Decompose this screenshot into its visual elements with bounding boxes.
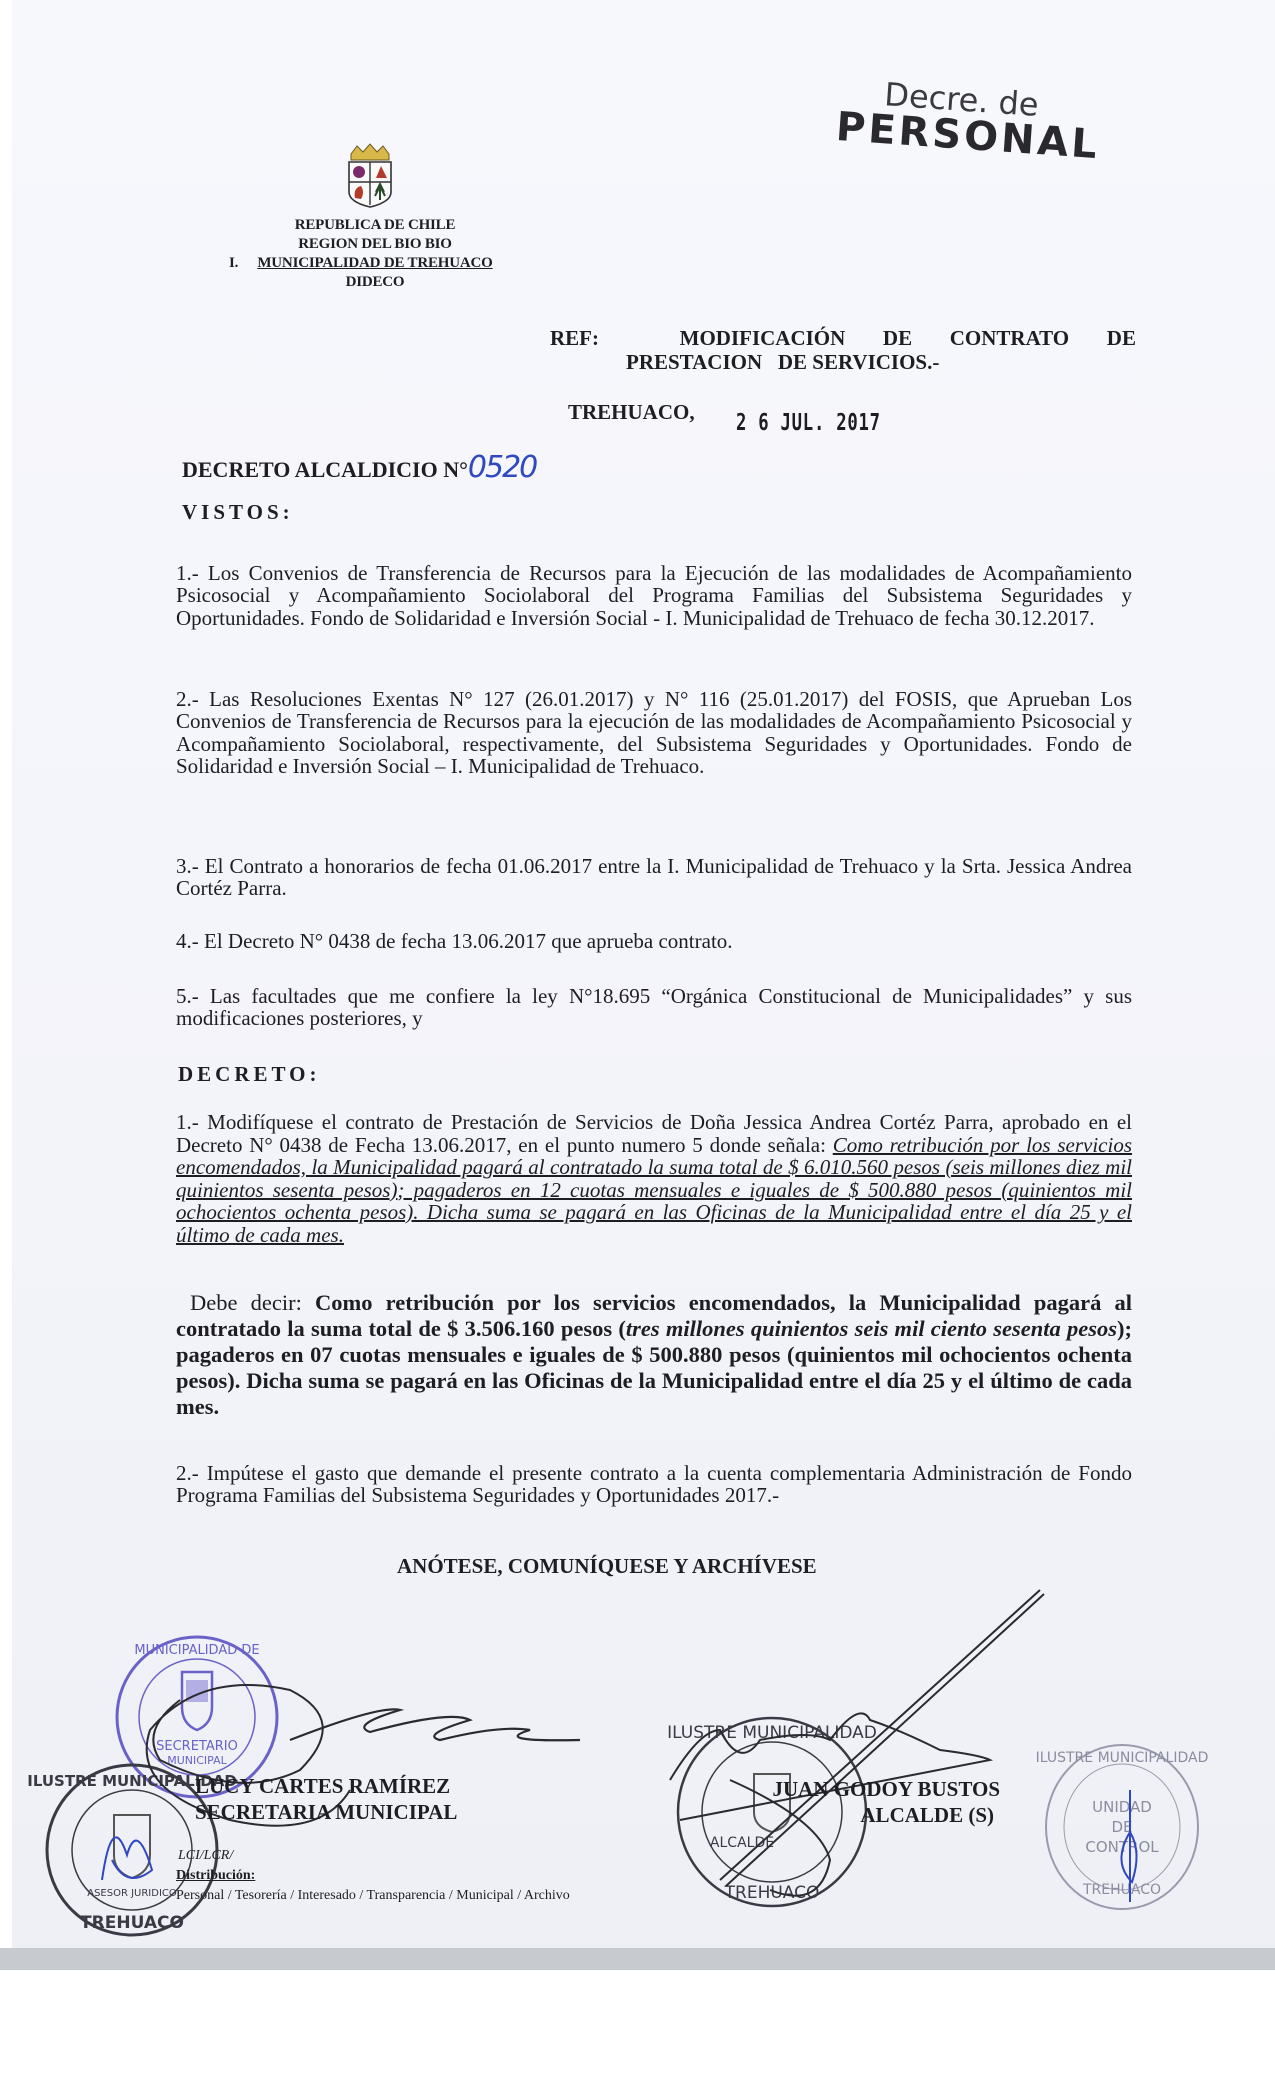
decree-number-handwritten: 0520 xyxy=(468,450,536,485)
distribution-list: Personal / Tesorería / Interesado / Tran… xyxy=(176,1888,570,1904)
closing-formula: ANÓTESE, COMUNÍQUESE Y ARCHÍVESE xyxy=(397,1554,817,1579)
vistos-item-1: 1.- Los Convenios de Transferencia de Re… xyxy=(176,562,1132,629)
decree-number-line: DECRETO ALCALDICIO N°0520 xyxy=(182,450,536,485)
distribution-label: Distribución: xyxy=(176,1868,255,1884)
signatory-alcalde: JUAN GODOY BUSTOS ALCALDE (S) xyxy=(700,1776,1000,1828)
debe-decir-clause: Debe decir: Como retribución por los ser… xyxy=(176,1290,1132,1420)
vistos-item-4: 4.- El Decreto N° 0438 de fecha 13.06.20… xyxy=(176,930,1132,952)
vistos-heading: VISTOS: xyxy=(182,500,294,525)
signatory-secretaria: LUCY CARTES RAMÍREZ SECRETARIA MUNICIPAL xyxy=(195,1773,457,1825)
decreto-item-1: 1.- Modifíquese el contrato de Prestació… xyxy=(176,1111,1132,1246)
place: TREHUACO, xyxy=(568,400,695,425)
initials: LCI/LCR/ xyxy=(178,1848,233,1864)
vistos-item-5: 5.- Las facultades que me confiere la le… xyxy=(176,985,1132,1030)
decreto-item-2: 2.- Impútese el gasto que demande el pre… xyxy=(176,1462,1132,1507)
svg-text:TREHUACO: TREHUACO xyxy=(80,1913,184,1933)
signature-alcalde-icon xyxy=(660,1580,1160,1900)
decreto-heading: DECRETO: xyxy=(178,1062,320,1087)
signatory-name: JUAN GODOY BUSTOS xyxy=(700,1776,1000,1802)
vistos-item-3: 3.- El Contrato a honorarios de fecha 01… xyxy=(176,855,1132,900)
signatory-title: ALCALDE (S) xyxy=(700,1802,1000,1828)
coat-of-arms-icon xyxy=(343,142,397,208)
scan-edge xyxy=(0,1948,1275,1970)
svg-text:ASESOR JURIDICO: ASESOR JURIDICO xyxy=(87,1888,177,1899)
signatory-name: LUCY CARTES RAMÍREZ xyxy=(195,1773,457,1799)
ref-heading: REF: MODIFICACIÓN DE CONTRATO DE PRESTAC… xyxy=(550,326,1136,374)
signatory-title: SECRETARIA MUNICIPAL xyxy=(195,1799,457,1825)
institution-header: REPUBLICA DE CHILE REGION DEL BIO BIO I.… xyxy=(255,216,495,292)
date-stamp: 2 6 JUL. 2017 xyxy=(736,410,881,436)
vistos-item-2: 2.- Las Resoluciones Exentas N° 127 (26.… xyxy=(176,688,1132,778)
